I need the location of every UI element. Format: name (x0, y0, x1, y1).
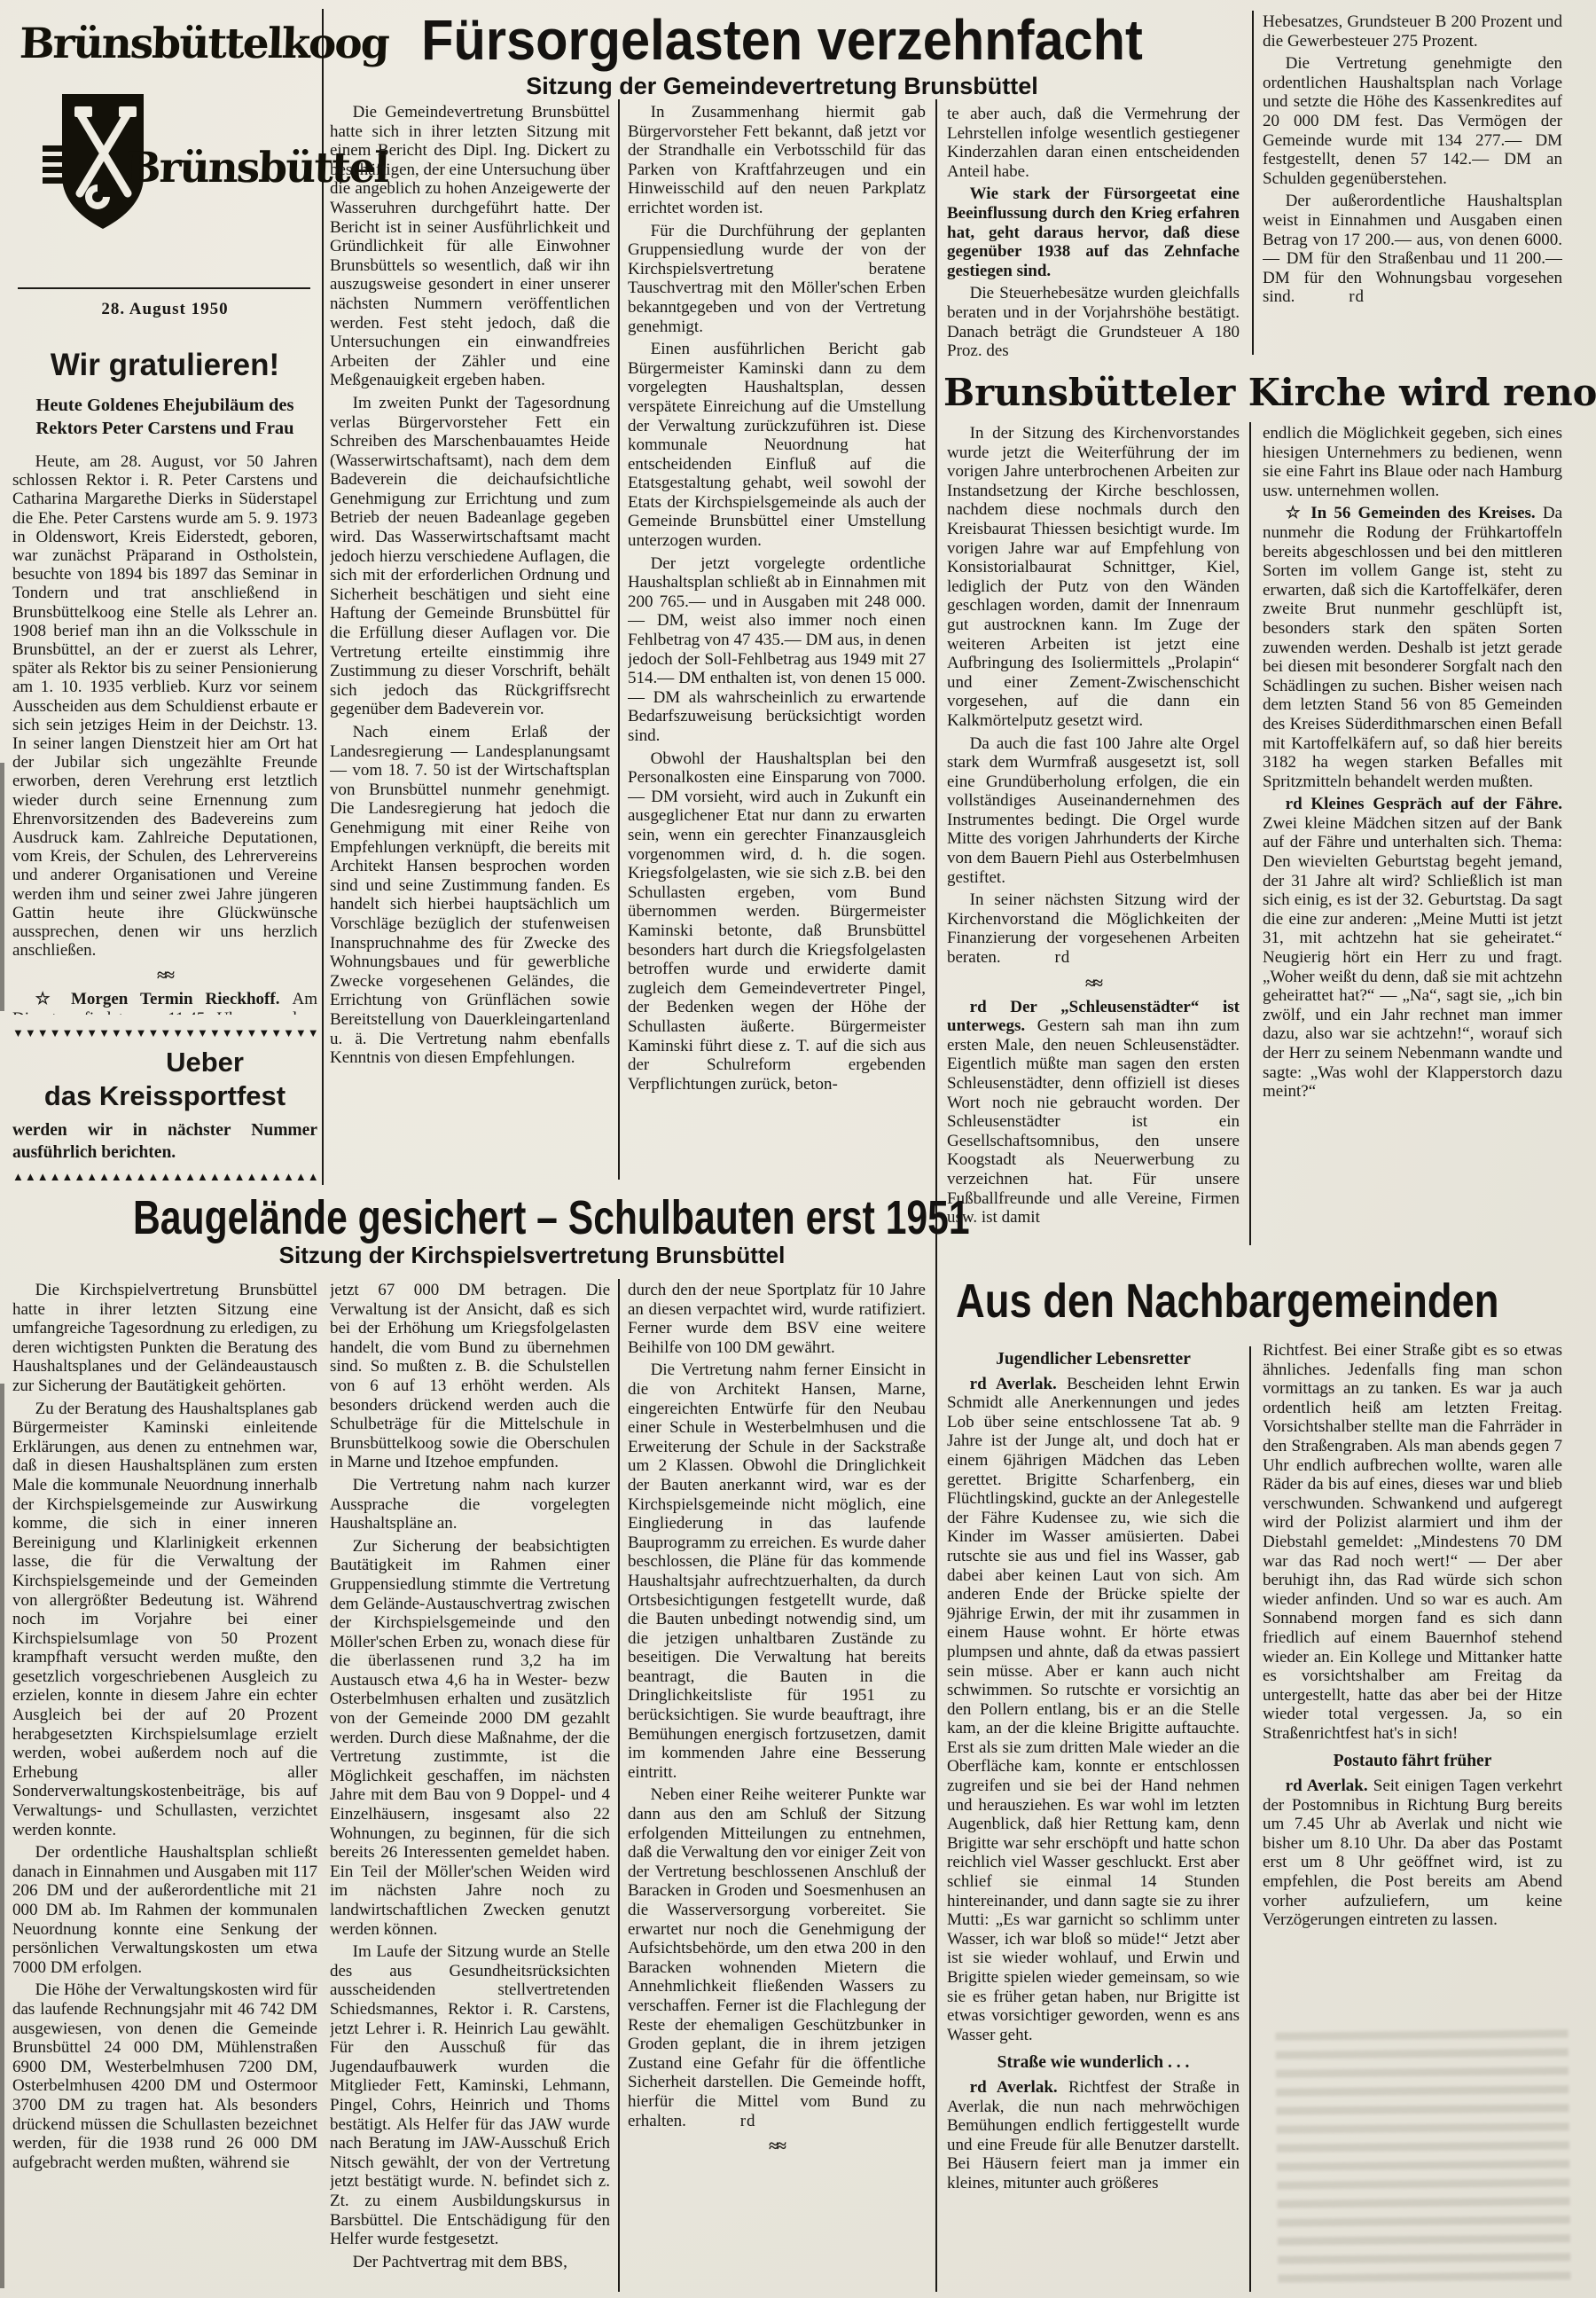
paragraph-lead: rd Averlak. (970, 1375, 1068, 1393)
column-subhead: Straße wie wunderlich . . . (947, 2053, 1240, 2073)
author-initials: rd (1054, 948, 1070, 967)
paragraph: Obwohl der Haushaltsplan bei den Persona… (628, 749, 926, 1094)
headline-kirche-renoviert: Brunsbütteler Kirche wird renoviert (943, 371, 1590, 414)
column-rule (1249, 422, 1251, 1245)
newspaper-page: { "masthead": { "line1": "Brünsbüttelkoo… (0, 0, 1596, 2298)
paragraph: Der außerordentliche Haushaltsplan weist… (1263, 192, 1562, 307)
paragraph: ☆ Morgen Termin Rieckhoff. Am Dienstag f… (12, 990, 317, 1015)
paragraph: rd Averlak. Seit einigen Tagen verkehrt … (1263, 1776, 1562, 1930)
paragraph: Richtfest. Bei einer Straße gibt es so e… (1263, 1341, 1562, 1743)
article-subtitle-line2: Rektors Peter Carstens und Frau (12, 417, 317, 440)
kirche-column-1: In der Sitzung des Kirchenvorstandes wur… (947, 424, 1240, 1247)
bleed-through-artifact (1275, 2029, 1570, 2289)
paragraph: Im Laufe der Sitzung wurde an Stelle des… (330, 1942, 610, 2249)
paragraph: Im zweiten Punkt der Tagesordnung verlas… (330, 394, 610, 719)
triangle-border-top: ▼▼▼▼▼▼▼▼▼▼▼▼▼▼▼▼▼▼▼▼▼▼▼▼▼▼▼▼▼▼ (12, 1027, 317, 1039)
article-wir-gratulieren: Wir gratulieren! Heute Goldenes Ehejubil… (12, 348, 317, 1015)
paragraph: Der jetzt vorgelegte ordentliche Haushal… (628, 554, 926, 746)
notice-kreissportfest: ▼▼▼▼▼▼▼▼▼▼▼▼▼▼▼▼▼▼▼▼▼▼▼▼▼▼▼▼▼▼ Ueber das… (12, 1027, 317, 1188)
paragraph: Hebesatzes, Grundsteuer B 200 Prozent un… (1263, 12, 1562, 51)
paragraph-lead: rd Der „Schleusenstädter“ ist unterwegs. (947, 998, 1240, 1036)
paragraph-lead: ☆ Morgen Termin Rieckhoff. (35, 990, 293, 1008)
article-title: Wir gratulieren! (12, 348, 317, 383)
masthead-rule (18, 287, 310, 289)
column-rule (1252, 11, 1254, 355)
article-subtitle-line1: Heute Goldenes Ehejubiläum des (12, 394, 317, 417)
headline-baugelaende: Baugelände gesichert – Schulbauten erst … (133, 1190, 763, 1245)
triangle-border-bottom: ▲▲▲▲▲▲▲▲▲▲▲▲▲▲▲▲▲▲▲▲▲▲▲▲▲▲▲▲▲▲ (12, 1171, 317, 1183)
notice-title-line1: Ueber (12, 1047, 317, 1078)
paragraph: Der ordentliche Haushaltsplan schließt d… (12, 1843, 317, 1977)
paragraph: Nach einem Erlaß der Landesregierung — L… (330, 723, 610, 1068)
fuersorge-column-3: te aber auch, daß die Vermehrung der Leh… (947, 105, 1240, 360)
paragraph: rd Averlak. Bescheiden lehnt Erwin Schmi… (947, 1375, 1240, 2045)
nachbar-column-1: Jugendlicher Lebensretterrd Averlak. Bes… (947, 1341, 1240, 2292)
paragraph: rd Averlak. Richtfest der Straße in Aver… (947, 2078, 1240, 2193)
baugelaende-column-2: jetzt 67 000 DM betragen. Die Verwaltung… (330, 1281, 610, 2292)
paragraph: Heute, am 28. August, vor 50 Jahren schl… (12, 452, 317, 960)
paragraph: Die Höhe der Verwaltungskosten wird für … (12, 1980, 317, 2172)
paragraph: Die Kirchspielvertretung Brunsbüttel hat… (12, 1281, 317, 1396)
paragraph: Die Vertretung nahm nach kurzer Aussprac… (330, 1476, 610, 1533)
author-initials: rd (1349, 287, 1365, 306)
column-rule (618, 1279, 620, 2292)
masthead: Brünsbüttelkoog Brünsbüttel 28. August 1… (12, 5, 317, 335)
baugelaende-column-1: Die Kirchspielvertretung Brunsbüttel hat… (12, 1281, 317, 2292)
paragraph: Neben einer Reihe weiterer Punkte war da… (628, 1785, 926, 2130)
paragraph: In seiner nächsten Sitzung wird der Kirc… (947, 890, 1240, 967)
paragraph: rd Kleines Gespräch auf der Fähre. Zwei … (1263, 795, 1562, 1102)
paragraph: Einen ausführlichen Bericht gab Bürgerme… (628, 340, 926, 551)
notice-title-line2: das Kreissportfest (12, 1080, 317, 1112)
author-initials: rd (740, 2112, 756, 2130)
fuersorge-column-1: Die Gemeindevertretung Brunsbüttel hatte… (330, 103, 610, 1180)
subhead-baugelaende: Sitzung der Kirchspielsvertretung Brunsb… (133, 1242, 931, 1269)
paragraph: endlich die Möglichkeit gegeben, sich ei… (1263, 424, 1562, 500)
column-subhead: Postauto fährt früher (1263, 1752, 1562, 1771)
kirche-column-2: endlich die Möglichkeit gegeben, sich ei… (1263, 424, 1562, 1247)
scan-edge-artifact (0, 763, 4, 1011)
headline-nachbargemeinden: Aus den Nachbargemeinden (956, 1274, 1484, 1329)
paragraph: jetzt 67 000 DM betragen. Die Verwaltung… (330, 1281, 610, 1472)
paragraph: Die Vertretung nahm ferner Einsicht in d… (628, 1361, 926, 1782)
paragraph: In der Sitzung des Kirchenvorstandes wur… (947, 424, 1240, 731)
subhead-fuersorgelasten: Sitzung der Gemeindevertretung Brunsbütt… (339, 73, 1225, 100)
paragraph: durch den der neue Sportplatz für 10 Jah… (628, 1281, 926, 1357)
paragraph: Die Steuerhebesätze wurden gleichfalls b… (947, 284, 1240, 360)
fuersorge-column-2: In Zusammenhang hiermit gab Bürgervorste… (628, 103, 926, 1180)
paragraph: te aber auch, daß die Vermehrung der Leh… (947, 105, 1240, 181)
headline-fuersorgelasten: Fürsorgelasten verzehnfacht (370, 7, 1194, 73)
paragraph: Zur Sicherung der beabsichtigten Bautäti… (330, 1537, 610, 1939)
paragraph: Da auch die fast 100 Jahre alte Orgel st… (947, 734, 1240, 888)
paragraph: rd Der „Schleusenstädter“ ist unterwegs.… (947, 998, 1240, 1227)
paragraph-lead: rd Kleines Gespräch auf der Fähre. (1286, 795, 1562, 813)
baugelaende-column-3: durch den der neue Sportplatz für 10 Jah… (628, 1281, 926, 2292)
paragraph: Die Gemeindevertretung Brunsbüttel hatte… (330, 103, 610, 390)
fuersorge-column-4: Hebesatzes, Grundsteuer B 200 Prozent un… (1263, 12, 1562, 360)
paragraph: Wie stark der Fürsorgeetat eine Beeinflu… (947, 184, 1240, 280)
paragraph: Für die Durchführung der geplanten Grupp… (628, 222, 926, 337)
paragraph: Die Vertretung genehmigte den ordentlich… (1263, 54, 1562, 188)
squiggle-divider-icon: ≈≈ (12, 967, 317, 984)
paragraph-lead: rd Averlak. (970, 2078, 1068, 2097)
paragraph: Der Pachtvertrag mit dem BBS, (330, 2253, 610, 2272)
paragraph: In Zusammenhang hiermit gab Bürgervorste… (628, 103, 926, 218)
issue-date: 28. August 1950 (12, 300, 317, 319)
scan-edge-artifact (0, 1384, 4, 2288)
masthead-title-line1: Brünsbüttelkoog (19, 20, 318, 68)
column-rule (618, 99, 620, 1180)
squiggle-divider-icon: ≈≈ (947, 975, 1240, 992)
squiggle-divider-icon: ≈≈ (628, 2137, 926, 2155)
paragraph: ☆ In 56 Gemeinden des Kreises. Da nunmeh… (1263, 504, 1562, 791)
paragraph-lead: rd Averlak. (1286, 1776, 1373, 1795)
paragraph: Zu der Beratung des Haushaltsplanes gab … (12, 1400, 317, 1840)
article-body: Heute, am 28. August, vor 50 Jahren schl… (12, 452, 317, 1015)
column-subhead: Jugendlicher Lebensretter (947, 1350, 1240, 1369)
column-rule (1249, 1346, 1251, 2292)
notice-text: werden wir in nächster Nummer ausführlic… (12, 1119, 317, 1164)
paragraph-lead: ☆ In 56 Gemeinden des Kreises. (1286, 504, 1543, 522)
